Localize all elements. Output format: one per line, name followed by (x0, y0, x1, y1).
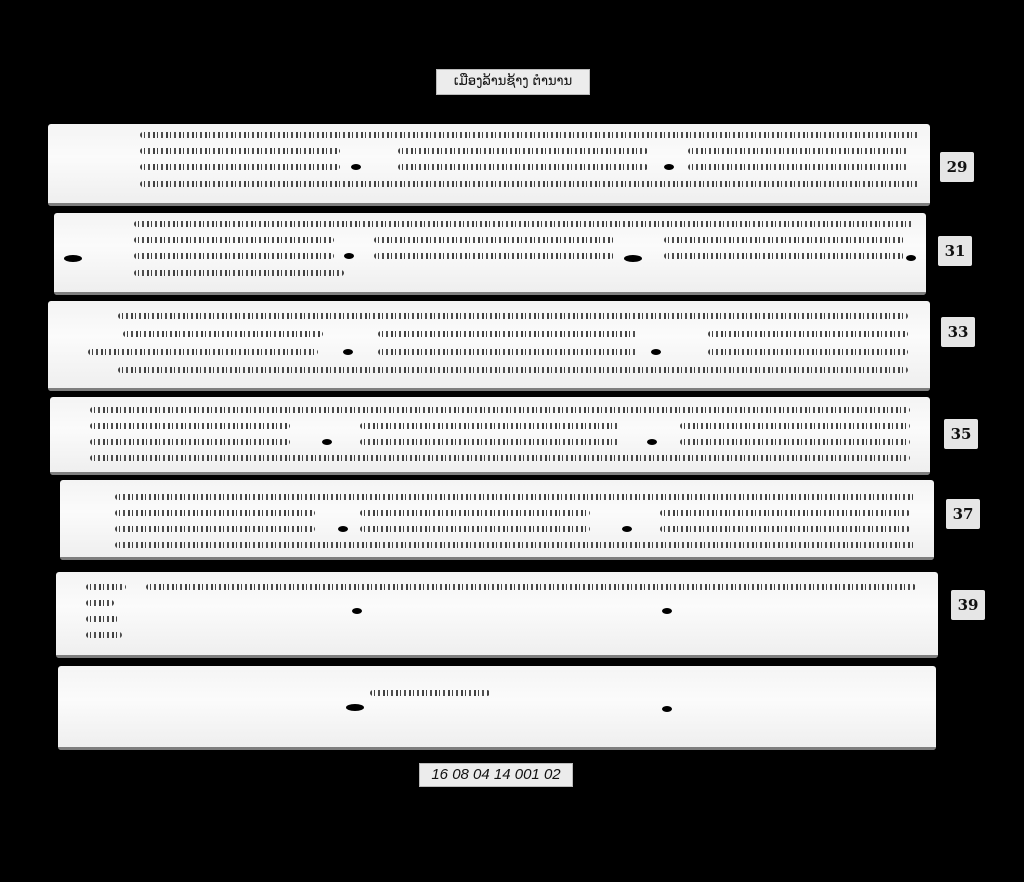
script-line (115, 508, 315, 518)
page-number-37: 37 (946, 499, 980, 529)
script-line (90, 453, 910, 463)
script-line (374, 251, 614, 261)
binding-hole (338, 526, 348, 532)
script-line (140, 162, 340, 172)
script-line (86, 614, 118, 624)
script-line (118, 311, 908, 321)
script-line (115, 492, 915, 502)
script-line (140, 130, 920, 140)
page-number-31: 31 (938, 236, 972, 266)
script-line (680, 421, 910, 431)
script-line (688, 146, 908, 156)
palm-leaf-page-35 (50, 397, 930, 475)
binding-hole (322, 439, 332, 445)
script-line (664, 251, 904, 261)
script-line (115, 524, 315, 534)
binding-hole (906, 255, 916, 261)
script-line (398, 146, 648, 156)
script-line (360, 437, 620, 447)
script-line (370, 688, 490, 698)
script-line (123, 329, 323, 339)
script-line (86, 598, 114, 608)
script-line (664, 235, 904, 245)
script-line (90, 421, 290, 431)
script-line (378, 347, 638, 357)
binding-hole (64, 255, 82, 262)
palm-leaf-page-29 (48, 124, 930, 206)
script-line (708, 329, 908, 339)
binding-hole (352, 608, 362, 614)
palm-leaf-page-37 (60, 480, 934, 560)
script-line (118, 365, 908, 375)
palm-leaf-page-33 (48, 301, 930, 391)
script-line (688, 162, 908, 172)
script-line (360, 421, 620, 431)
binding-hole (624, 255, 642, 262)
script-line (140, 146, 340, 156)
page-number-29: 29 (940, 152, 974, 182)
script-line (680, 437, 910, 447)
binding-hole (346, 704, 364, 711)
script-line (134, 235, 334, 245)
script-line (134, 219, 914, 229)
script-line (360, 524, 590, 534)
binding-hole (622, 526, 632, 532)
binding-hole (651, 349, 661, 355)
script-line (146, 582, 916, 592)
binding-hole (662, 706, 672, 712)
script-line (360, 508, 590, 518)
palm-leaf-page-31 (54, 213, 926, 295)
binding-hole (662, 608, 672, 614)
script-line (374, 235, 614, 245)
binding-hole (343, 349, 353, 355)
page-number-35: 35 (944, 419, 978, 449)
script-line (134, 268, 344, 278)
script-line (115, 540, 915, 550)
palm-leaf-page-39 (56, 572, 938, 658)
page-number-39: 39 (951, 590, 985, 620)
manuscript-title-label: ເມືອງລ້ານຊ້າງ ຕຳນານ (436, 69, 590, 95)
script-line (660, 508, 910, 518)
binding-hole (344, 253, 354, 259)
script-line (90, 405, 910, 415)
script-line (90, 437, 290, 447)
script-line (140, 179, 920, 189)
script-line (86, 630, 122, 640)
binding-hole (664, 164, 674, 170)
script-line (378, 329, 638, 339)
script-line (660, 524, 910, 534)
script-line (134, 251, 334, 261)
catalog-id-label: 16 08 04 14 001 02 (419, 763, 573, 787)
palm-leaf-cover (58, 666, 936, 750)
script-line (86, 582, 126, 592)
script-line (88, 347, 318, 357)
binding-hole (351, 164, 361, 170)
page-number-33: 33 (941, 317, 975, 347)
script-line (708, 347, 908, 357)
script-line (398, 162, 648, 172)
binding-hole (647, 439, 657, 445)
